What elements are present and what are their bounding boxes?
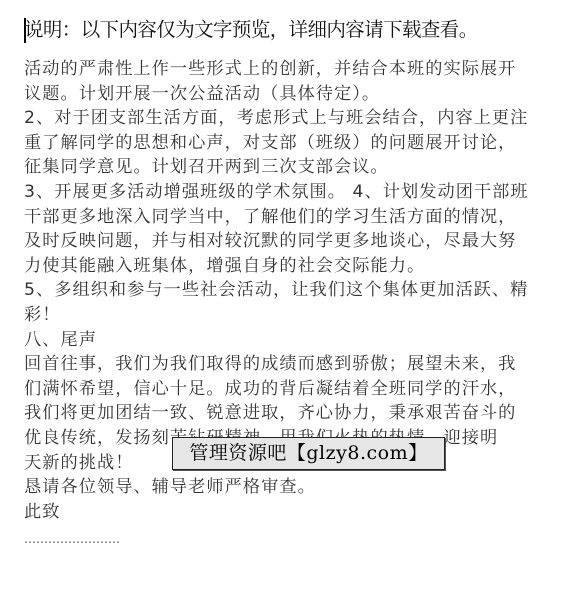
- section-heading: 八、尾声: [24, 328, 564, 353]
- document-line: 我们将更加团结一致、锐意进取，齐心协力，秉承艰苦奋斗的: [24, 401, 564, 426]
- document-line: 议题。计划开展一次公益活动（具体待定）。: [24, 82, 564, 107]
- document-line: 此致: [24, 500, 564, 525]
- document-line: 3、开展更多活动增强班级的学术氛围。 4、计划发动团干部班: [24, 180, 564, 205]
- document-line: 力使其能融入班集体，增强自身的社会交际能力。: [24, 254, 564, 279]
- document-body: 活动的严肃性上作一些形式上的创新，并结合本班的实际展开 议题。计划开展一次公益活…: [24, 57, 564, 555]
- document-line: 彩！: [24, 303, 564, 328]
- watermark-banner: 管理资源吧【glzy8.com】: [172, 437, 445, 470]
- document-line: 2、对于团支部生活方面，考虑形式上与班会结合，内容上更注: [24, 106, 564, 131]
- document-line: 征集同学意见。计划召开两到三次支部会议。: [24, 155, 564, 180]
- document-line: 回首往事，我们为我们取得的成绩而感到骄傲；展望未来，我: [24, 352, 564, 377]
- document-line: 干部更多地深入同学当中，了解他们的学习生活方面的情况，: [24, 205, 564, 230]
- document-line: 活动的严肃性上作一些形式上的创新，并结合本班的实际展开: [24, 57, 564, 82]
- ellipsis-line: ……………………: [24, 530, 564, 555]
- document-line: 重了解同学的思想和心声，对支部（班级）的问题展开讨论，: [24, 131, 564, 156]
- document-line: 及时反映问题，并与相对较沉默的同学更多地谈心，尽最大努: [24, 229, 564, 254]
- document-line: 们满怀希望，信心十足。成功的背后凝结着全班同学的汗水，: [24, 377, 564, 402]
- document-line: 5、多组织和参与一些社会活动，让我们这个集体更加活跃、精: [24, 278, 564, 303]
- document-line: 恳请各位领导、辅导老师严格审查。: [24, 475, 564, 500]
- preview-notice: 说明：以下内容仅为文字预览，详细内容请下载查看。: [24, 16, 478, 44]
